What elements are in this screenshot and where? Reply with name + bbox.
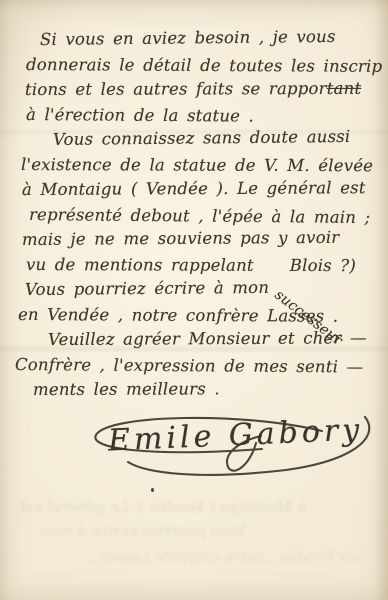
line-text: l'existence de la statue de V. M. élevée bbox=[21, 155, 373, 175]
letter-line: Veuillez agréer Monsieur et cher — bbox=[48, 325, 382, 352]
line-text: à Montaigu ( Vendée ). Le général est bbox=[22, 178, 366, 199]
bleed-through-line: à Montaigu ( Vendée ). Le général est bbox=[20, 498, 307, 516]
letter-line: tions et les autres faits se rapportant bbox=[25, 76, 382, 102]
line-text: Confrère , l'expression de mes senti — bbox=[15, 355, 363, 376]
line-text: vu de mentions rappelant bbox=[26, 255, 254, 275]
bleed-through-line: Vous pourriez écrire à mon bbox=[40, 522, 246, 540]
ink-dot bbox=[151, 488, 154, 492]
line-text: Vous connaissez sans doute aussi bbox=[53, 127, 351, 149]
line-text: représenté debout , l'épée à la main ; bbox=[29, 205, 370, 227]
letter-line: à Montaigu ( Vendée ). Le général est bbox=[22, 175, 382, 202]
bleed-through-line: en Vendée , notre confrère Lasses . bbox=[90, 548, 358, 566]
line-text: donnerais le détail de toutes les inscri… bbox=[26, 55, 382, 76]
signature: Emile Gabory bbox=[50, 404, 382, 494]
letter-line: donnerais le détail de toutes les inscri… bbox=[26, 52, 382, 79]
letter-body: Si vous en aviez besoin , je vous donner… bbox=[12, 27, 382, 402]
letter-line: l'existence de la statue de V. M. élevée bbox=[21, 152, 382, 178]
line-text: en Vendée , notre confrère Lasses . bbox=[18, 305, 338, 326]
letter-page: Vous connaissez sans doute aussi Si vous… bbox=[0, 0, 388, 600]
letter-line: ments les meilleurs . bbox=[33, 376, 382, 402]
line-text: mais je ne me souviens pas y avoir bbox=[22, 228, 339, 249]
line-text: tions et les autres faits se rappor bbox=[25, 79, 327, 99]
letter-line: Si vous en aviez besoin , je vous bbox=[40, 23, 382, 52]
line-text: Vous pourriez écrire à mon bbox=[25, 278, 269, 299]
letter-line: Vous pourriez écrire à monsuccesseur bbox=[25, 274, 382, 302]
line-text: Si vous en aviez besoin , je vous bbox=[40, 27, 336, 49]
line-text: à l'érection de la statue . bbox=[26, 105, 254, 126]
letter-line: mais je ne me souviens pas y avoir bbox=[22, 224, 382, 252]
struck-word: tant bbox=[327, 79, 362, 98]
letter-line: Vous connaissez sans doute aussi bbox=[53, 124, 382, 152]
line-text: ments les meilleurs . bbox=[33, 379, 220, 399]
line-text: Blois ?) bbox=[290, 256, 356, 275]
line-text: Veuillez agréer Monsieur et cher — bbox=[48, 328, 367, 349]
